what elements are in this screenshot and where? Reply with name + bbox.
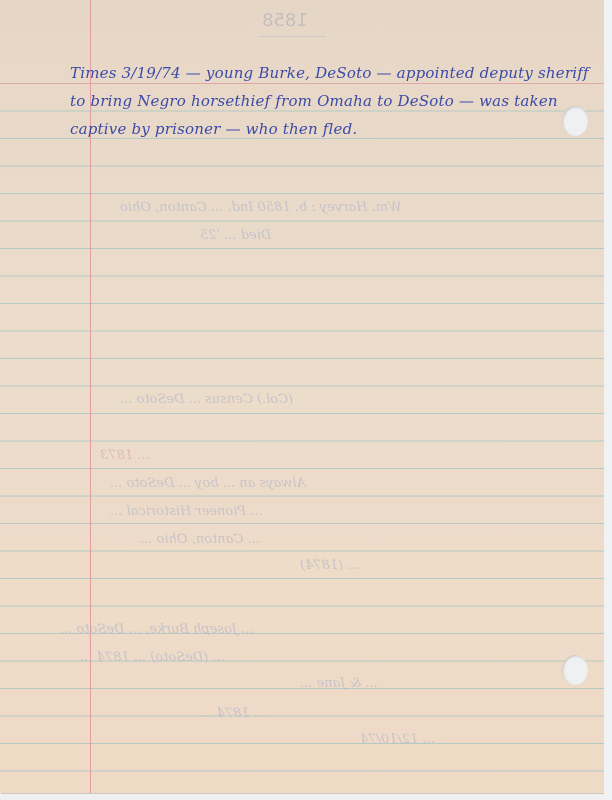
- margin-line: [90, 0, 91, 793]
- bleed-line: ... Pioneer Historical ...: [110, 504, 263, 519]
- bleed-line: ... 1874 ...: [200, 706, 266, 721]
- bleed-line: ... & Jane ...: [300, 676, 378, 691]
- bleed-line: ... 1873: [100, 448, 150, 463]
- bleed-line: Died ... '25: [200, 228, 271, 243]
- note-line-3: captive by prisoner — who then fled.: [70, 120, 357, 138]
- notebook-page: 1858 Times 3/19/74 — young Burke, DeSoto…: [0, 0, 604, 793]
- bleed-line: ... Canton, Ohio ...: [140, 532, 260, 547]
- year-bleed-through: 1858: [262, 10, 308, 31]
- punch-hole-top: [562, 106, 588, 136]
- bleed-line: ... 12/10/74: [360, 732, 435, 747]
- bleed-line: ... (1874): [300, 558, 360, 573]
- bleed-line: Wm. Harvey : b. 1850 Ind. ... Canton, Oh…: [120, 200, 401, 215]
- bleed-line: ... (DeSoto) ... 1874 ...: [80, 650, 225, 665]
- note-line-2: to bring Negro horsethief from Omaha to …: [70, 92, 558, 110]
- note-line-1: Times 3/19/74 — young Burke, DeSoto — ap…: [70, 64, 589, 82]
- bleed-line: (Col.) Census ... DeSoto ...: [120, 392, 293, 407]
- bleed-line: ... Joseph Burke, ... DeSoto ...: [60, 622, 254, 637]
- scan-background-edge: [604, 0, 612, 800]
- bleed-line: Always an ... boy ... DeSoto ...: [110, 476, 306, 491]
- year-underline: [258, 36, 326, 37]
- punch-hole-bottom: [562, 655, 588, 685]
